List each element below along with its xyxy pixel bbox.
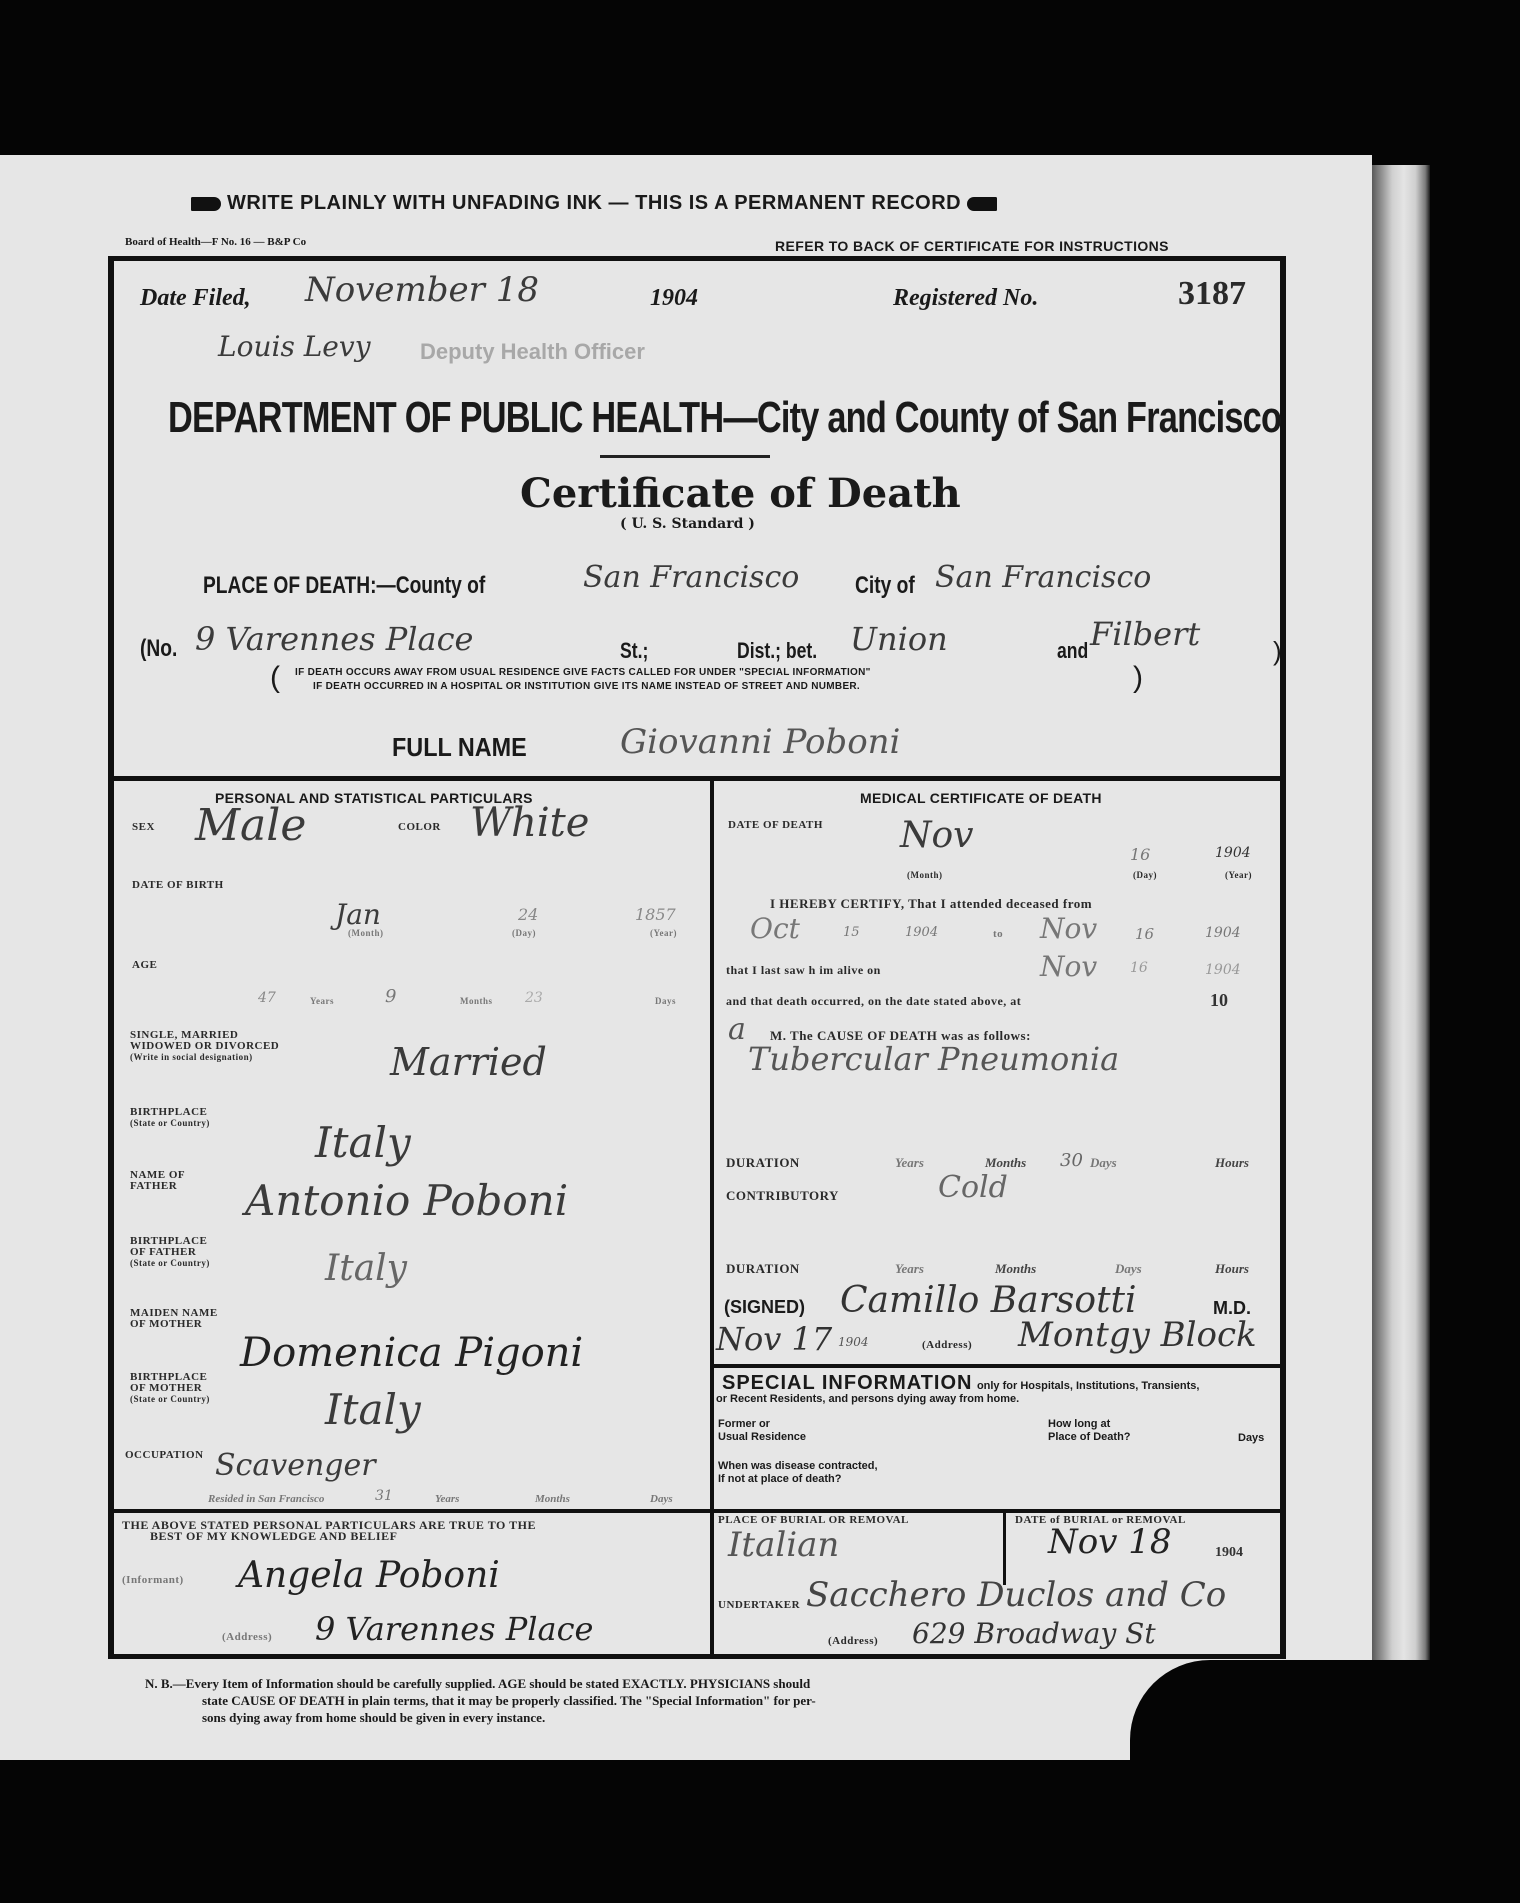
- duration-days: 30: [1060, 1150, 1083, 1171]
- undertaker-address-label: (Address): [828, 1636, 878, 1647]
- registered-no: 3187: [1178, 275, 1246, 313]
- day-caption: (Day): [1133, 870, 1157, 881]
- marital-label-line: WIDOWED OR DIVORCED: [130, 1041, 279, 1052]
- attended-to-day: 16: [1135, 925, 1154, 943]
- former-residence-label-line: Former or: [718, 1418, 806, 1431]
- contracted-label-line: If not at place of death?: [718, 1473, 878, 1486]
- how-long-label-line: Place of Death?: [1048, 1431, 1131, 1444]
- date-filed-value: November 18: [305, 270, 539, 310]
- ink-instruction-banner: WRITE PLAINLY WITH UNFADING INK — THIS I…: [185, 192, 1003, 215]
- birthplace-label: BIRTHPLACE (State or Country): [130, 1107, 210, 1129]
- marital-label: SINGLE, MARRIED WIDOWED OR DIVORCED (Wri…: [130, 1030, 279, 1063]
- years-caption: Years: [895, 1261, 924, 1277]
- residence-instruction: IF DEATH OCCURS AWAY FROM USUAL RESIDENC…: [295, 667, 871, 678]
- contracted-label-line: When was disease contracted,: [718, 1460, 878, 1473]
- date-of-death-label: DATE OF DEATH: [728, 820, 823, 831]
- father-bp-label-line: OF FATHER: [130, 1247, 210, 1258]
- father-bp-label-line: (State or Country): [130, 1258, 210, 1269]
- meridian: a: [728, 1012, 746, 1047]
- duration-label-2: DURATION: [726, 1263, 800, 1274]
- occupation-value: Scavenger: [215, 1448, 376, 1483]
- hours-caption: Hours: [1215, 1155, 1249, 1171]
- health-officer-signature: Louis Levy: [218, 330, 371, 363]
- death-hour: 10: [1210, 990, 1228, 1011]
- full-name-label: FULL NAME: [392, 732, 527, 763]
- paren-left: (: [270, 661, 280, 695]
- informant-address-label: (Address): [222, 1632, 272, 1643]
- close-paren: ): [1273, 636, 1282, 667]
- last-saw-day: 16: [1130, 960, 1148, 976]
- months-caption: Months: [995, 1261, 1036, 1277]
- signed-label: (SIGNED): [724, 1297, 805, 1318]
- father-label-line: FATHER: [130, 1181, 185, 1192]
- special-info-note: only for Hospitals, Institutions, Transi…: [977, 1380, 1199, 1392]
- street-no-label: (No.: [140, 635, 177, 663]
- footnote-line: state CAUSE OF DEATH in plain terms, tha…: [145, 1692, 1235, 1709]
- disease-contracted-label: When was disease contracted, If not at p…: [718, 1460, 878, 1486]
- mother-name-value: Domenica Pigoni: [240, 1330, 583, 1376]
- year-caption: (Year): [650, 928, 677, 939]
- attended-from-month: Oct: [750, 912, 800, 945]
- former-residence-label: Former or Usual Residence: [718, 1418, 806, 1444]
- burial-date: Nov 18: [1048, 1522, 1172, 1562]
- mother-bp-label-line: OF MOTHER: [130, 1383, 210, 1394]
- birth-year: 1857: [635, 905, 676, 924]
- mother-label-line: OF MOTHER: [130, 1319, 218, 1330]
- birth-month: Jan: [335, 898, 381, 931]
- city-label: City of: [855, 572, 915, 600]
- attended-from-year: 1904: [905, 925, 938, 940]
- how-long-label-line: How long at: [1048, 1418, 1131, 1431]
- section-divider: [108, 776, 1286, 781]
- contributory-value: Cold: [938, 1170, 1008, 1205]
- place-of-death-label: PLACE OF DEATH:—County of: [203, 572, 485, 600]
- years-caption: Years: [310, 996, 334, 1007]
- mother-birthplace-label: BIRTHPLACE OF MOTHER (State or Country): [130, 1372, 210, 1405]
- father-birthplace-value: Italy: [325, 1248, 407, 1289]
- undertaker-value: Sacchero Duclos and Co: [806, 1575, 1226, 1615]
- special-info-note-2: or Recent Residents, and persons dying a…: [716, 1393, 1019, 1405]
- undertaker-address: 629 Broadway St: [912, 1617, 1156, 1650]
- father-name-value: Antonio Poboni: [245, 1176, 568, 1225]
- street-address-value: 9 Varennes Place: [195, 620, 473, 658]
- burial-year: 1904: [1215, 1545, 1243, 1561]
- special-information-heading: SPECIAL INFORMATION only for Hospitals, …: [722, 1372, 1282, 1395]
- days-caption: Days: [655, 996, 676, 1007]
- date-filed-label: Date Filed,: [140, 285, 251, 312]
- burial-place-value: Italian: [728, 1525, 839, 1565]
- cross-street-1: Union: [850, 620, 948, 658]
- refer-instructions: REFER TO BACK OF CERTIFICATE FOR INSTRUC…: [775, 238, 1169, 254]
- registered-no-label: Registered No.: [893, 285, 1038, 312]
- pointing-hand-icon: [191, 197, 221, 211]
- to-label: to: [993, 929, 1003, 940]
- book-binding-edge: [1372, 165, 1430, 1765]
- father-birthplace-label: BIRTHPLACE OF FATHER (State or Country): [130, 1236, 210, 1269]
- informant-label: (Informant): [122, 1575, 184, 1586]
- contributory-label: CONTRIBUTORY: [726, 1190, 839, 1201]
- column-divider: [1003, 1510, 1006, 1585]
- section-divider: [714, 1509, 1282, 1513]
- mother-bp-label-line: (State or Country): [130, 1394, 210, 1405]
- attended-to-month: Nov: [1040, 912, 1097, 945]
- age-label: AGE: [132, 960, 157, 971]
- and-label: and: [1057, 638, 1088, 664]
- section-divider: [714, 1364, 1282, 1368]
- medical-certificate-heading: MEDICAL CERTIFICATE OF DEATH: [860, 790, 1102, 806]
- how-long-label: How long at Place of Death?: [1048, 1418, 1131, 1444]
- months-caption: Months: [460, 996, 493, 1007]
- physician-address-label: (Address): [922, 1340, 972, 1351]
- physician-address: Montgy Block: [1018, 1315, 1257, 1355]
- death-month: Nov: [900, 815, 974, 856]
- month-caption: (Month): [348, 928, 384, 939]
- birthplace-value: Italy: [315, 1118, 411, 1167]
- day-caption: (Day): [512, 928, 536, 939]
- last-saw-text: that I last saw h im alive on: [726, 965, 881, 976]
- special-info-title: SPECIAL INFORMATION: [722, 1372, 972, 1394]
- board-of-health-form-no: Board of Health—F No. 16 — B&P Co: [125, 236, 306, 248]
- informant-address: 9 Varennes Place: [315, 1610, 593, 1648]
- mother-name-label: MAIDEN NAME OF MOTHER: [130, 1308, 218, 1330]
- pointing-hand-icon: [967, 197, 997, 211]
- frame-border: [108, 1654, 1286, 1659]
- birthplace-label-line: BIRTHPLACE: [130, 1107, 210, 1118]
- hospital-instruction: IF DEATH OCCURRED IN A HOSPITAL OR INSTI…: [313, 681, 860, 692]
- cross-street-2: Filbert: [1090, 615, 1200, 653]
- resided-days-caption: Days: [650, 1493, 673, 1505]
- occupation-label: OCCUPATION: [125, 1450, 204, 1461]
- informant-name: Angela Poboni: [238, 1555, 500, 1596]
- resided-years-caption: Years: [435, 1493, 459, 1505]
- birth-day: 24: [518, 905, 538, 924]
- department-title: DEPARTMENT OF PUBLIC HEALTH—City and Cou…: [168, 393, 1281, 443]
- informant-statement-line: BEST OF MY KNOWLEDGE AND BELIEF: [122, 1531, 536, 1542]
- health-officer-title: Deputy Health Officer: [420, 339, 645, 365]
- street-label: St.;: [620, 638, 648, 664]
- age-months: 9: [385, 986, 396, 1007]
- father-name-label: NAME OF FATHER: [130, 1170, 185, 1192]
- date-of-birth-label: DATE OF BIRTH: [132, 880, 224, 891]
- title-rule: [600, 455, 770, 458]
- days-label: Days: [1238, 1432, 1264, 1444]
- marital-status-value: Married: [390, 1040, 547, 1084]
- age-years: 47: [258, 990, 276, 1006]
- informant-statement: THE ABOVE STATED PERSONAL PARTICULARS AR…: [122, 1520, 536, 1542]
- years-caption: Years: [895, 1155, 924, 1171]
- attended-to-year: 1904: [1205, 925, 1241, 941]
- hours-caption: Hours: [1215, 1261, 1249, 1277]
- footnote-line: sons dying away from home should be give…: [145, 1709, 1235, 1726]
- certify-text: I HEREBY CERTIFY, That I attended deceas…: [770, 898, 1092, 909]
- district-label: Dist.; bet.: [737, 638, 817, 664]
- resided-years: 31: [375, 1488, 393, 1504]
- death-year: 1904: [1215, 845, 1251, 861]
- month-caption: (Month): [907, 870, 943, 881]
- color-label: COLOR: [398, 822, 441, 833]
- nb-footnote: N. B.—Every Item of Information should b…: [145, 1675, 1235, 1726]
- frame-border: [108, 256, 1286, 261]
- signed-year: 1904: [838, 1335, 869, 1349]
- frame-border: [1280, 256, 1286, 1658]
- sex-value: Male: [195, 800, 306, 851]
- cause-of-death-value: Tubercular Pneumonia: [748, 1040, 1119, 1078]
- last-saw-month: Nov: [1040, 950, 1097, 983]
- column-divider: [710, 779, 714, 1656]
- undertaker-label: UNDERTAKER: [718, 1600, 800, 1611]
- death-occurred-text: and that death occurred, on the date sta…: [726, 996, 1021, 1007]
- date-filed-year: 1904: [650, 285, 698, 312]
- section-divider: [114, 1509, 710, 1513]
- birthplace-label-line: (State or Country): [130, 1118, 210, 1129]
- age-days: 23: [525, 990, 543, 1006]
- death-day: 16: [1130, 845, 1150, 864]
- mother-birthplace-value: Italy: [325, 1385, 421, 1434]
- banner-text: WRITE PLAINLY WITH UNFADING INK — THIS I…: [227, 192, 961, 214]
- color-value: White: [470, 800, 589, 846]
- signed-date: Nov 17: [716, 1320, 832, 1358]
- days-caption: Days: [1090, 1155, 1117, 1171]
- full-name-value: Giovanni Poboni: [620, 722, 900, 762]
- resided-label: Resided in San Francisco: [208, 1493, 324, 1505]
- certificate-subtitle: ( U. S. Standard ): [620, 516, 755, 532]
- months-caption: Months: [985, 1155, 1026, 1171]
- footnote-line: N. B.—Every Item of Information should b…: [145, 1676, 810, 1691]
- paren-right: ): [1133, 661, 1143, 695]
- frame-border: [108, 256, 114, 1658]
- resided-months-caption: Months: [535, 1493, 570, 1505]
- last-saw-year: 1904: [1205, 962, 1241, 978]
- duration-label: DURATION: [726, 1157, 800, 1168]
- days-caption: Days: [1115, 1261, 1142, 1277]
- certificate-title: Certificate of Death: [520, 470, 961, 517]
- county-value: San Francisco: [583, 560, 799, 595]
- marital-label-line: (Write in social designation): [130, 1052, 279, 1063]
- sex-label: SEX: [132, 822, 155, 833]
- former-residence-label-line: Usual Residence: [718, 1431, 806, 1444]
- attended-from-day: 15: [843, 925, 860, 940]
- city-value: San Francisco: [935, 560, 1151, 595]
- year-caption: (Year): [1225, 870, 1252, 881]
